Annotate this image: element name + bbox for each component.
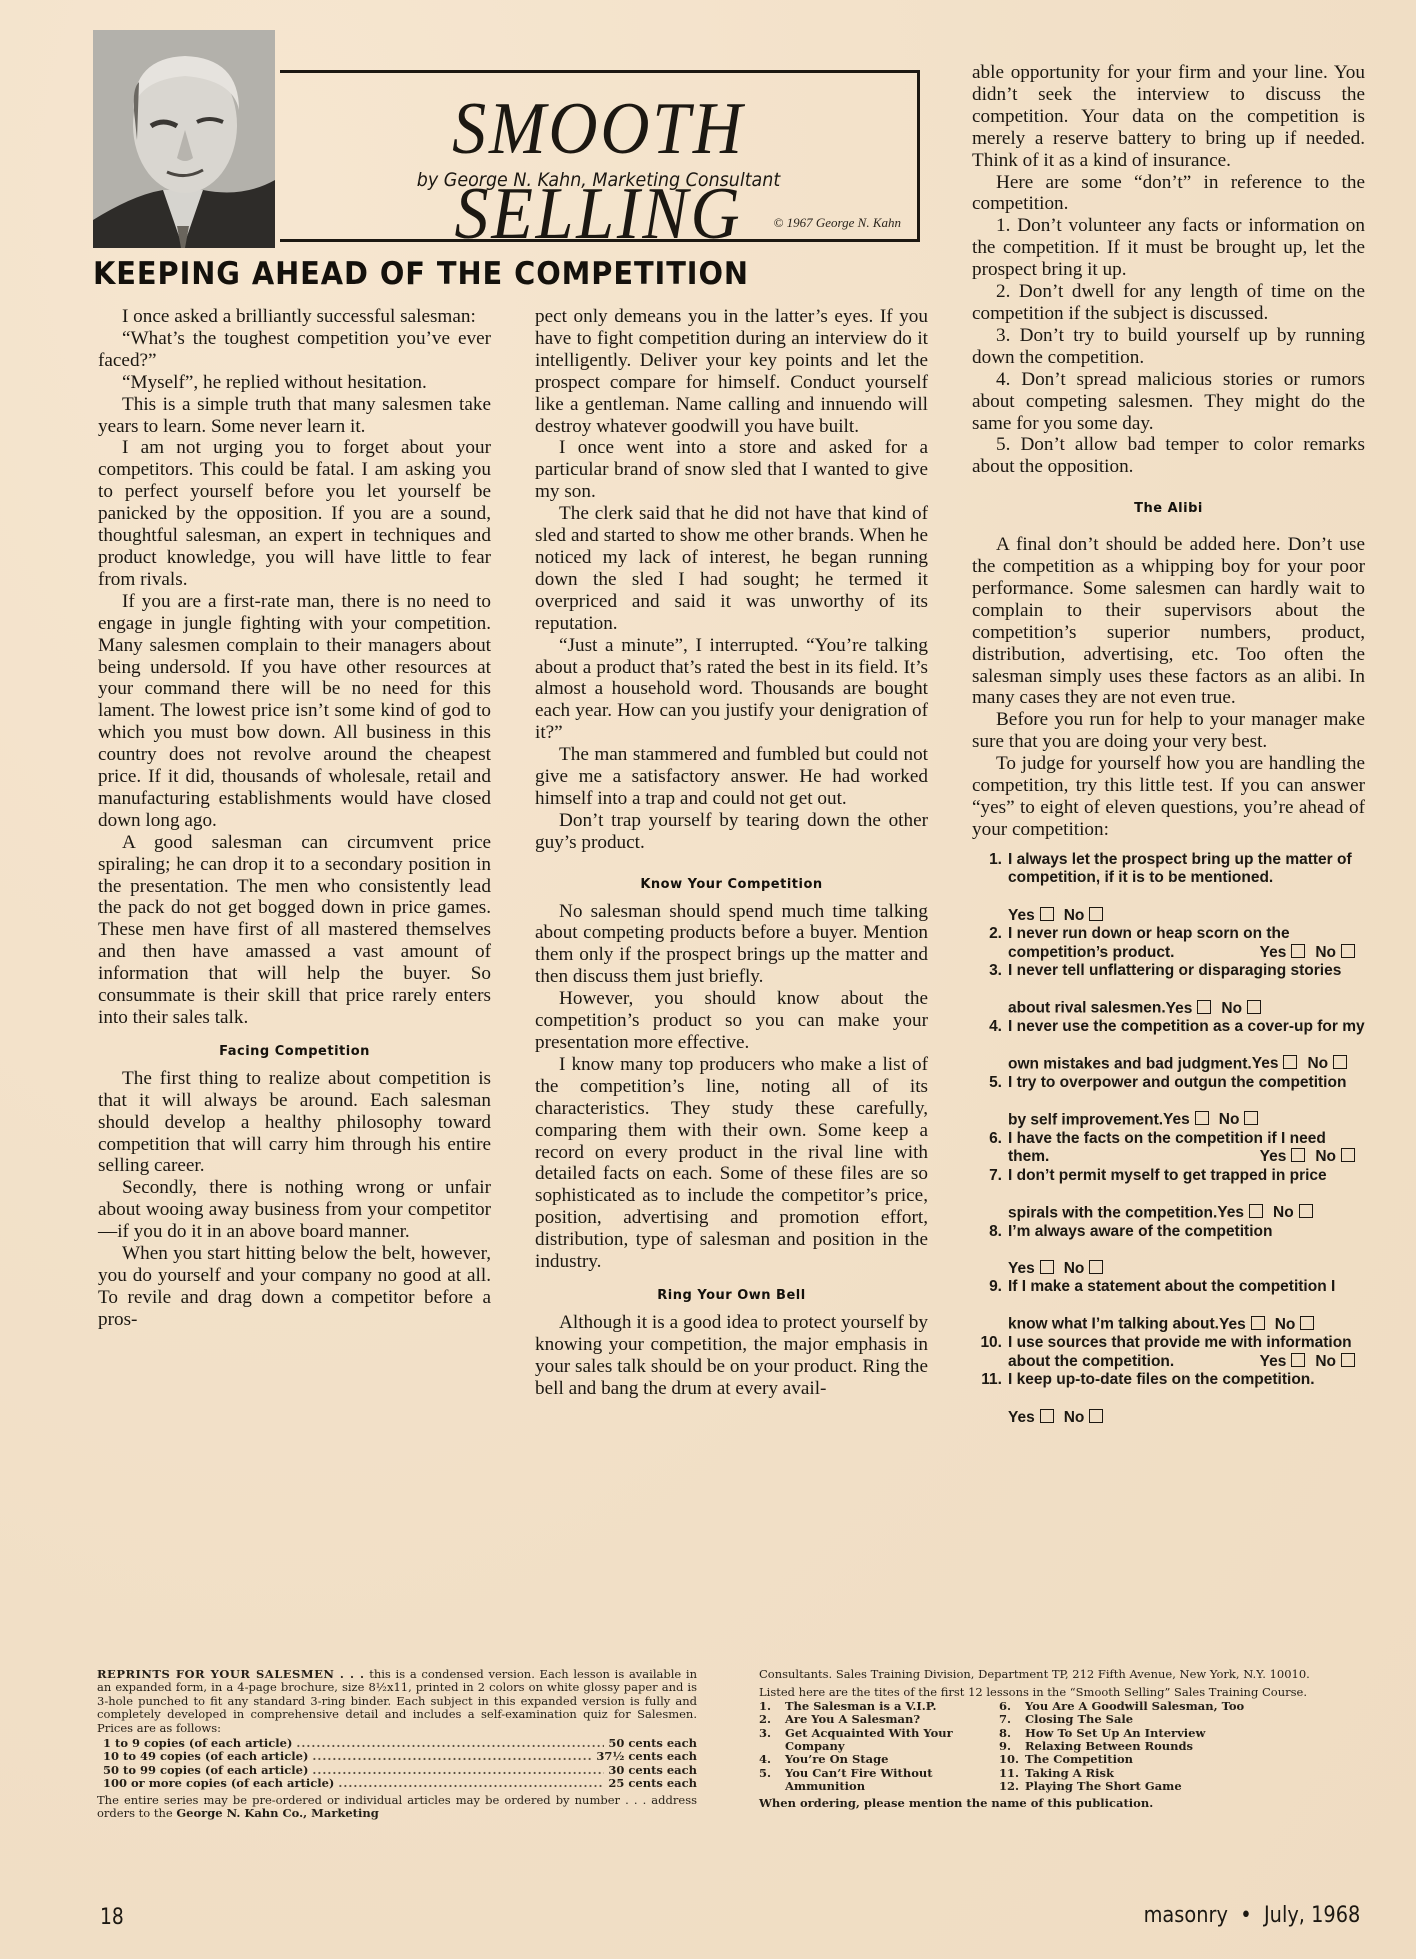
lesson-number: 11. [999,1767,1025,1780]
paragraph: A good salesman can circumvent price spi… [98,832,491,1029]
paragraph: “Myself”, he replied without hesitation. [98,372,491,394]
no-label: No [1219,1111,1240,1128]
reprints-notice: REPRINTS FOR YOUR SALESMEN . . . this is… [97,1668,697,1820]
lesson-number: 6. [999,1700,1025,1713]
leader-dots [312,1764,604,1777]
ordering-note: When ordering, please mention the name o… [759,1797,1359,1810]
subheading-the-alibi: The Alibi [972,498,1365,520]
paragraph: To judge for yourself how you are handli… [972,753,1365,841]
no-label: No [1275,1316,1296,1333]
no-label: No [1307,1055,1328,1072]
quiz-item-number: 4. [972,1018,1008,1074]
lesson-title: The Salesman is a V.I.P. [785,1700,937,1713]
yes-checkbox[interactable] [1251,1316,1265,1330]
yes-checkbox[interactable] [1291,944,1305,958]
no-label: No [1064,1260,1085,1277]
quiz-item-body: I’m always aware of the competitionYesNo [1008,1223,1365,1279]
paragraph: The clerk said that he did not have that… [535,503,928,634]
quiz-item: 1.I always let the prospect bring up the… [972,851,1365,925]
no-label: No [1315,944,1336,961]
unit-price: 37½ cents each [596,1750,697,1763]
quiz-item-number: 5. [972,1074,1008,1130]
no-checkbox[interactable] [1341,1148,1355,1162]
lesson-title: Taking A Risk [1025,1767,1114,1780]
quiz-item-body: I never use the competition as a cover-u… [1008,1018,1365,1074]
author-photo [93,30,275,248]
quantity-range: 10 to 49 copies (of each article) [97,1750,308,1763]
yes-label: Yes [1217,1204,1244,1221]
paragraph: I am not urging you to forget about your… [98,437,491,590]
quiz-item-number: 9. [972,1278,1008,1334]
lesson-item: 2.Are You A Salesman? [759,1713,989,1726]
order-instructions: The entire series may be pre-ordered or … [97,1794,697,1821]
paragraph: Before you run for help to your manager … [972,709,1365,753]
no-label: No [1064,907,1085,924]
yes-label: Yes [1260,944,1287,961]
lesson-title: You Are A Goodwill Salesman, Too [1025,1700,1244,1713]
yes-checkbox[interactable] [1040,907,1054,921]
unit-price: 50 cents each [608,1737,697,1750]
quiz-item-body: If I make a statement about the competit… [1008,1278,1365,1334]
paragraph: Although it is a good idea to protect yo… [535,1312,928,1400]
quiz-item-body: I never run down or heap scorn on the co… [1008,925,1365,962]
quiz-item-number: 8. [972,1223,1008,1279]
quiz-item-number: 3. [972,962,1008,1018]
quiz-question: I keep up-to-date files on the competiti… [1008,1371,1315,1388]
reprints-lead: REPRINTS FOR YOUR SALESMEN . . . [97,1667,365,1681]
quiz-item-number: 1. [972,851,1008,925]
lesson-title: You Can’t Fire Without Ammunition [785,1767,989,1794]
no-checkbox[interactable] [1244,1111,1258,1125]
quiz-item: 10.I use sources that provide me with in… [972,1334,1365,1371]
no-label: No [1221,1000,1242,1017]
paragraph: I once went into a store and asked for a… [535,437,928,503]
column-1: I once asked a brilliantly successful sa… [98,306,491,1331]
no-checkbox[interactable] [1089,1409,1103,1423]
quiz-item: 11.I keep up-to-date files on the compet… [972,1371,1365,1427]
lesson-title: The Competition [1025,1753,1133,1766]
paragraph: I know many top producers who make a lis… [535,1054,928,1273]
lesson-title: You’re On Stage [785,1753,888,1766]
paragraph: The first thing to realize about competi… [98,1068,491,1178]
yes-label: Yes [1008,907,1035,924]
lesson-title: Relaxing Between Rounds [1025,1740,1193,1753]
quiz-item: 8.I’m always aware of the competitionYes… [972,1223,1365,1279]
quiz-item: 9.If I make a statement about the compet… [972,1278,1365,1334]
leader-dots [312,1750,592,1763]
no-label: No [1315,1148,1336,1165]
paragraph: This is a simple truth that many salesme… [98,394,491,438]
no-checkbox[interactable] [1333,1055,1347,1069]
quiz-item: 6.I have the facts on the competition if… [972,1130,1365,1167]
quiz-item: 7.I don’t permit myself to get trapped i… [972,1167,1365,1223]
quiz-item: 5.I try to overpower and outgun the comp… [972,1074,1365,1130]
paragraph: I once asked a brilliantly successful sa… [98,306,491,328]
lesson-item: 8.How To Set Up An Interview [999,1727,1359,1740]
reprints-description: REPRINTS FOR YOUR SALESMEN . . . this is… [97,1668,697,1735]
paragraph: pect only demeans you in the latter’s ey… [535,306,928,437]
bullet-separator: • [1240,1903,1251,1928]
yes-label: Yes [1219,1316,1246,1333]
lesson-number: 10. [999,1753,1025,1766]
quiz-item-number: 2. [972,925,1008,962]
yes-checkbox[interactable] [1283,1055,1297,1069]
no-checkbox[interactable] [1247,1000,1261,1014]
lesson-number: 8. [999,1727,1025,1740]
lesson-item: 9.Relaxing Between Rounds [999,1740,1359,1753]
lesson-title: Closing The Sale [1025,1713,1133,1726]
page-number: 18 [100,1905,124,1930]
yes-checkbox[interactable] [1291,1148,1305,1162]
no-label: No [1273,1204,1294,1221]
paragraph: 2. Don’t dwell for any length of time on… [972,281,1365,325]
subheading-ring-your-own-bell: Ring Your Own Bell [535,1285,928,1307]
leader-dots [296,1737,604,1750]
unit-price: 25 cents each [608,1777,697,1790]
subheading-facing-competition: Facing Competition [98,1041,491,1063]
paragraph: Secondly, there is nothing wrong or unfa… [98,1177,491,1243]
quantity-range: 50 to 99 copies (of each article) [97,1764,308,1777]
byline: by George N. Kahn, Marketing Consultant [305,169,891,191]
lesson-title: How To Set Up An Interview [1025,1727,1205,1740]
quiz-item-number: 11. [972,1371,1008,1427]
quiz-question: I always let the prospect bring up the m… [1008,851,1352,887]
no-label: No [1064,1409,1085,1426]
paragraph: When you start hitting below the belt, h… [98,1243,491,1331]
quiz-item-body: I have the facts on the competition if I… [1008,1130,1365,1167]
yes-no-answer: YesNo [1008,888,1113,925]
paragraph: If you are a first-rate man, there is no… [98,591,491,832]
paragraph: able opportunity for your firm and your … [972,62,1365,172]
no-checkbox[interactable] [1300,1316,1314,1330]
lesson-item: 5.You Can’t Fire Without Ammunition [759,1767,989,1794]
paragraph: 1. Don’t volunteer any facts or informat… [972,215,1365,281]
lesson-number: 7. [999,1713,1025,1726]
yes-no-answer: YesNo [1163,1093,1268,1130]
lesson-number: 12. [999,1780,1025,1793]
quantity-range: 1 to 9 copies (of each article) [97,1737,292,1750]
price-row: 10 to 49 copies (of each article)37½ cen… [97,1750,697,1763]
quiz-question: I’m always aware of the competition [1008,1223,1272,1240]
yes-no-answer: YesNo [1219,1297,1324,1334]
yes-label: Yes [1008,1260,1035,1277]
lesson-number: 1. [759,1700,785,1713]
lesson-number: 4. [759,1753,785,1766]
lesson-item: 6.You Are A Goodwill Salesman, Too [999,1700,1359,1713]
quiz-question: I never run down or heap scorn on the co… [1008,925,1290,961]
no-checkbox[interactable] [1341,944,1355,958]
publication-footer: masonry•July, 1968 [1143,1903,1360,1928]
paragraph: 3. Don’t try to build yourself up by run… [972,325,1365,369]
yes-no-answer: YesNo [1217,1186,1322,1223]
issue-date: July, 1968 [1264,1903,1360,1928]
lesson-number: 2. [759,1713,785,1726]
yes-no-answer: YesNo [1260,1148,1365,1167]
quiz-item: 4.I never use the competition as a cover… [972,1018,1365,1074]
paragraph: A final don’t should be added here. Don’… [972,534,1365,709]
copyright-notice: © 1967 George N. Kahn [774,215,901,231]
price-row: 50 to 99 copies (of each article)30 cent… [97,1764,697,1777]
quiz-item: 3.I never tell unflattering or disparagi… [972,962,1365,1018]
lessons-intro: Listed here are the tites of the first 1… [759,1686,1359,1699]
company-address: Consultants. Sales Training Division, De… [759,1668,1359,1681]
paragraph: Don’t trap yourself by tearing down the … [535,810,928,854]
self-test-quiz: 1.I always let the prospect bring up the… [972,851,1365,1427]
company-name: George N. Kahn Co., Marketing [176,1806,378,1820]
subheading-know-your-competition: Know Your Competition [535,874,928,896]
no-checkbox[interactable] [1089,907,1103,921]
yes-checkbox[interactable] [1197,1000,1211,1014]
quiz-item-body: I always let the prospect bring up the m… [1008,851,1365,925]
publication-name: masonry [1143,1903,1227,1928]
lesson-titles: 1.The Salesman is a V.I.P.2.Are You A Sa… [759,1700,1359,1794]
lesson-title: Are You A Salesman? [785,1713,920,1726]
paragraph: No salesman should spend much time talki… [535,901,928,989]
quiz-item-number: 6. [972,1130,1008,1167]
no-label: No [1315,1353,1336,1370]
paragraph: “What’s the toughest competition you’ve … [98,328,491,372]
quiz-item-body: I don’t permit myself to get trapped in … [1008,1167,1365,1223]
unit-price: 30 cents each [608,1764,697,1777]
paragraph: Here are some “don’t” in reference to th… [972,172,1365,216]
yes-no-answer: YesNo [1260,1353,1365,1372]
quiz-item: 2.I never run down or heap scorn on the … [972,925,1365,962]
leader-dots [338,1777,604,1790]
yes-no-answer: YesNo [1008,1241,1113,1278]
yes-label: Yes [1008,1409,1035,1426]
paragraph: 5. Don’t allow bad temper to color remar… [972,434,1365,478]
column-2: pect only demeans you in the latter’s ey… [535,306,928,1400]
paragraph: However, you should know about the compe… [535,988,928,1054]
no-checkbox[interactable] [1089,1260,1103,1274]
yes-label: Yes [1252,1055,1279,1072]
column-3: able opportunity for your firm and your … [972,62,1365,1427]
quiz-item-body: I never tell unflattering or disparaging… [1008,962,1365,1018]
no-checkbox[interactable] [1341,1353,1355,1367]
yes-no-answer: YesNo [1252,1037,1357,1074]
quiz-item-body: I use sources that provide me with infor… [1008,1334,1365,1371]
lesson-list-notice: Consultants. Sales Training Division, De… [759,1668,1359,1810]
yes-label: Yes [1163,1111,1190,1128]
yes-checkbox[interactable] [1291,1353,1305,1367]
yes-no-answer: YesNo [1008,1390,1113,1427]
lesson-item: 10.The Competition [999,1753,1359,1766]
paragraph: 4. Don’t spread malicious stories or rum… [972,369,1365,435]
quantity-range: 100 or more copies (of each article) [97,1777,334,1790]
lesson-item: 7.Closing The Sale [999,1713,1359,1726]
lesson-item: 12.Playing The Short Game [999,1780,1359,1793]
article-headline: KEEPING AHEAD OF THE COMPETITION [93,256,749,292]
price-list: 1 to 9 copies (of each article)50 cents … [97,1737,697,1791]
yes-no-answer: YesNo [1260,944,1365,963]
lesson-item: 11.Taking A Risk [999,1767,1359,1780]
lesson-item: 3.Get Acquainted With Your Company [759,1727,989,1754]
quiz-item-number: 10. [972,1334,1008,1371]
paragraph: The man stammered and fumbled but could … [535,744,928,810]
yes-checkbox[interactable] [1249,1204,1263,1218]
lesson-title: Get Acquainted With Your Company [785,1727,989,1754]
lesson-item: 4.You’re On Stage [759,1753,989,1766]
lesson-number: 9. [999,1740,1025,1753]
portrait-icon [93,30,275,248]
yes-checkbox[interactable] [1195,1111,1209,1125]
title-box: SMOOTH SELLING by George N. Kahn, Market… [280,70,920,242]
price-row: 1 to 9 copies (of each article)50 cents … [97,1737,697,1750]
lesson-title: Playing The Short Game [1025,1780,1182,1793]
price-row: 100 or more copies (of each article)25 c… [97,1777,697,1790]
yes-label: Yes [1260,1148,1287,1165]
yes-label: Yes [1166,1000,1193,1017]
yes-no-answer: YesNo [1166,981,1271,1018]
yes-label: Yes [1260,1353,1287,1370]
quiz-item-number: 7. [972,1167,1008,1223]
yes-checkbox[interactable] [1040,1260,1054,1274]
no-checkbox[interactable] [1299,1204,1313,1218]
lesson-number: 5. [759,1767,785,1794]
lesson-item: 1.The Salesman is a V.I.P. [759,1700,989,1713]
quiz-item-body: I keep up-to-date files on the competiti… [1008,1371,1365,1427]
lesson-number: 3. [759,1727,785,1754]
quiz-item-body: I try to overpower and outgun the compet… [1008,1074,1365,1130]
yes-checkbox[interactable] [1040,1409,1054,1423]
paragraph: “Just a minute”, I interrupted. “You’re … [535,635,928,745]
